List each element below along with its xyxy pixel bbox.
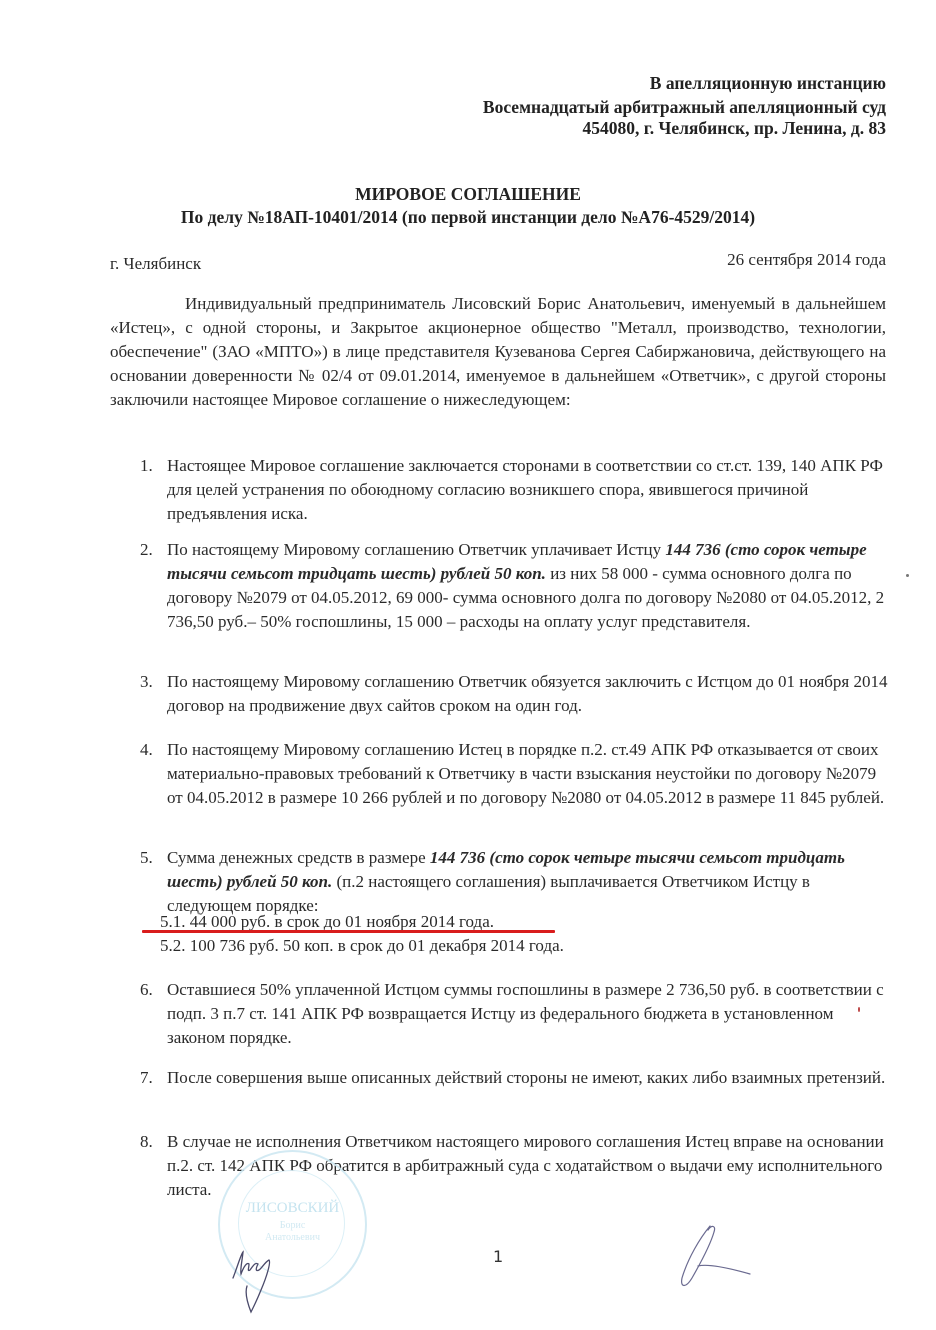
defendant-signature (670, 1218, 760, 1298)
clause-number: 2. (140, 538, 166, 562)
clause-text: Настоящее Мировое соглашение заключается… (167, 454, 888, 526)
clause-text: Сумма денежных средств в размере 144 736… (167, 846, 888, 918)
red-underline-mark (142, 930, 555, 933)
document-title: МИРОВОЕ СОГЛАШЕНИЕ (0, 184, 936, 205)
clause-6: 6. Оставшиеся 50% уплаченной Истцом сумм… (140, 978, 888, 1050)
addressee-instance: В апелляционную инстанцию (650, 72, 886, 94)
clause-1: 1. Настоящее Мировое соглашение заключае… (140, 454, 888, 526)
addressee-court: Восемнадцатый арбитражный апелляционный … (483, 96, 886, 118)
clause-3: 3. По настоящему Мировому соглашению Отв… (140, 670, 888, 718)
place: г. Челябинск (110, 254, 201, 274)
clause-text: По настоящему Мировому соглашению Истец … (167, 738, 888, 810)
clause-text-part: Сумма денежных средств в размере (167, 848, 430, 867)
clause-text: После совершения выше описанных действий… (167, 1066, 888, 1090)
clause-5: 5. Сумма денежных средств в размере 144 … (140, 846, 888, 918)
clause-number: 5. (140, 846, 166, 870)
clause-number: 4. (140, 738, 166, 762)
clause-text: По настоящему Мировому соглашению Ответч… (167, 538, 888, 634)
plaintiff-signature (225, 1240, 295, 1315)
clause-text-part: По настоящему Мировому соглашению Ответч… (167, 540, 665, 559)
document-page: В апелляционную инстанцию Восемнадцатый … (0, 0, 936, 1330)
clause-7: 7. После совершения выше описанных дейст… (140, 1066, 888, 1090)
clause-2: 2. По настоящему Мировому соглашению Отв… (140, 538, 888, 634)
clause-text: По настоящему Мировому соглашению Ответч… (167, 670, 888, 718)
page-number: 1 (493, 1247, 503, 1266)
clause-text: Оставшиеся 50% уплаченной Истцом суммы г… (167, 978, 888, 1050)
clause-number: 7. (140, 1066, 166, 1090)
intro-text: Индивидуальный предприниматель Лисовский… (110, 294, 886, 409)
intro-paragraph: Индивидуальный предприниматель Лисовский… (110, 292, 886, 412)
clause-number: 6. (140, 978, 166, 1002)
addressee-block: В апелляционную инстанцию Восемнадцатый … (386, 72, 886, 142)
stamp-text-surname: ЛИСОВСКИЙ (220, 1200, 365, 1217)
clause-number: 8. (140, 1130, 166, 1154)
clause-4: 4. По настоящему Мировому соглашению Ист… (140, 738, 888, 810)
stamp-text-name: Борис (220, 1220, 365, 1231)
scan-speck (906, 574, 909, 577)
scan-speck (858, 1007, 860, 1012)
addressee-address: 454080, г. Челябинск, пр. Ленина, д. 83 (583, 117, 887, 139)
subclause-5-2: 5.2. 100 736 руб. 50 коп. в срок до 01 д… (160, 934, 564, 958)
document-date: 26 сентября 2014 года (727, 250, 886, 270)
case-number: По делу №18АП-10401/2014 (по первой инст… (0, 207, 936, 228)
clause-number: 1. (140, 454, 166, 478)
clause-number: 3. (140, 670, 166, 694)
